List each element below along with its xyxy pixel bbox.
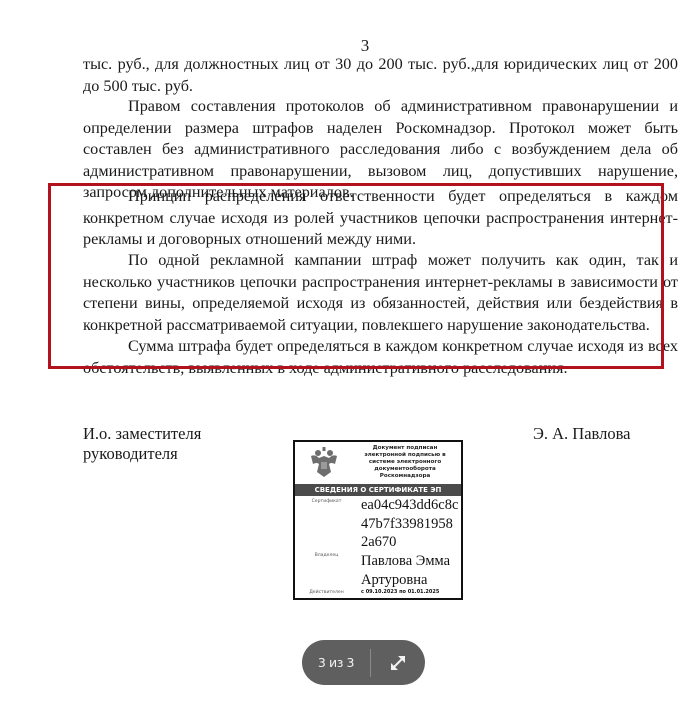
- page-number: 3: [0, 36, 700, 56]
- stamp-header: Документ подписан электронной подписью в…: [295, 442, 461, 482]
- page-counter: 3 из 3: [302, 655, 370, 670]
- certificate-label: Сертификат: [299, 499, 354, 504]
- paragraph-fine-amount: Сумма штрафа будет определяться в каждом…: [83, 336, 678, 379]
- viewer-controls: 3 из 3: [302, 640, 425, 685]
- owner-value: Павлова Эмма Артуровна: [361, 552, 461, 589]
- document-page: 3 тыс. руб., для должностных лиц от 30 д…: [0, 0, 700, 701]
- paragraph-fines: тыс. руб., для должностных лиц от 30 до …: [83, 54, 678, 97]
- signatory-name: Э. А. Павлова: [533, 424, 631, 444]
- certificate-value: ea04c943dd6c8c 47b7f33981958 2a670: [361, 496, 461, 552]
- signatory-title: И.о. заместителя руководителя: [83, 424, 201, 464]
- paragraph-responsibility: Принцип распределения ответственности бу…: [83, 186, 678, 251]
- double-headed-eagle-icon: [309, 446, 339, 478]
- owner-label: Владелец: [299, 553, 354, 558]
- validity-value: с 09.10.2023 по 01.01.2025: [361, 589, 439, 595]
- expand-arrows-icon: [390, 655, 406, 671]
- paragraph-text: Сумма штрафа будет определяться в каждом…: [83, 337, 678, 377]
- paragraph-text: тыс. руб., для должностных лиц от 30 до …: [83, 55, 678, 95]
- paragraph-text: Принцип распределения ответственности бу…: [83, 187, 678, 248]
- electronic-signature-stamp: Документ подписан электронной подписью в…: [293, 440, 463, 600]
- certificate-info-header: СВЕДЕНИЯ О СЕРТИФИКАТЕ ЭП: [295, 484, 461, 496]
- paragraph-multiple-participants: По одной рекламной кампании штраф может …: [83, 250, 678, 336]
- stamp-caption: Документ подписан электронной подписью в…: [351, 445, 459, 480]
- paragraph-text: По одной рекламной кампании штраф может …: [83, 251, 678, 334]
- expand-button[interactable]: [371, 640, 425, 685]
- validity-label: Действителен: [299, 590, 354, 595]
